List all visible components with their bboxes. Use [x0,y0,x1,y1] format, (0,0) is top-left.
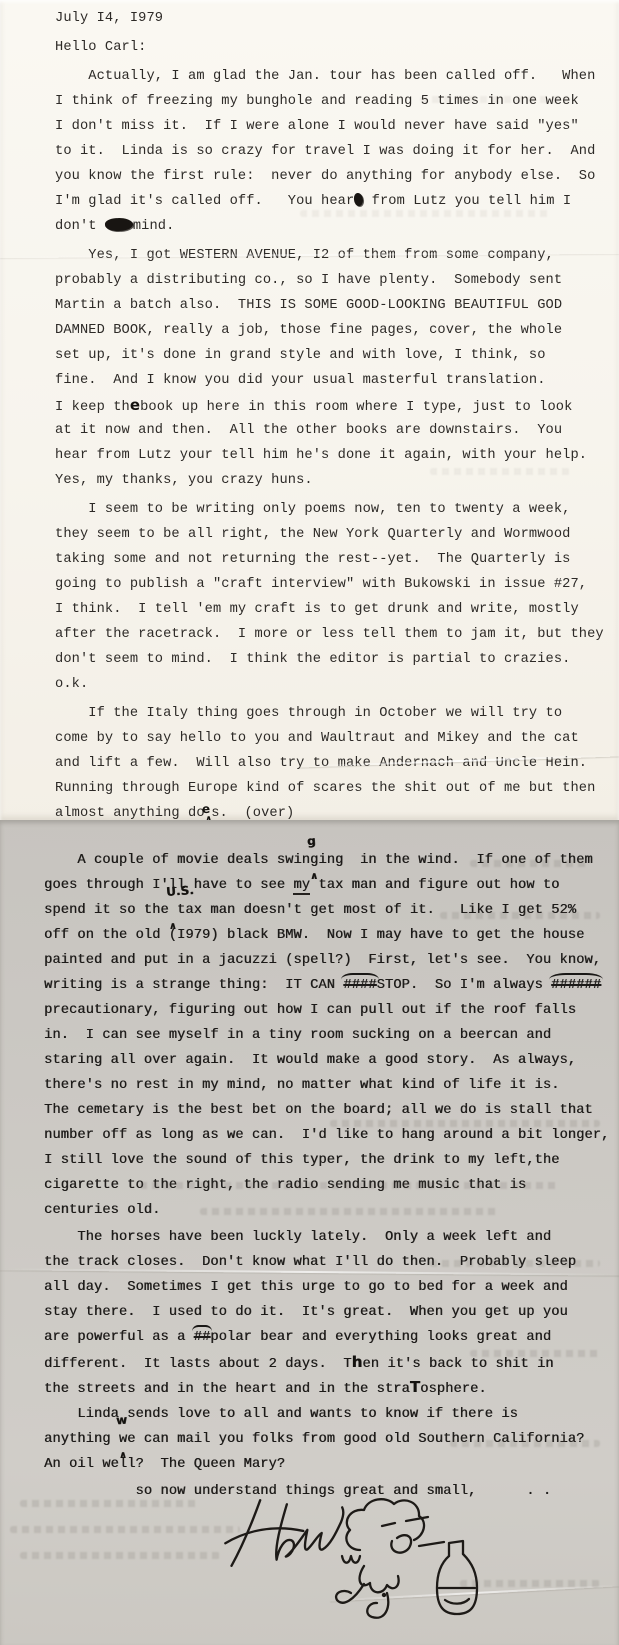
typed-line: painted and put in a jacuzzi (spell?) Fi… [44,948,619,973]
typed-line: writing is a strange thing: IT CAN ####S… [44,973,619,998]
typed-text: probably a distributing co., so I have p… [55,273,562,288]
typed-text: Actually, I am glad the Jan. tour has be… [55,69,595,84]
paragraph: If the Italy thing goes through in Octob… [55,701,619,820]
typed-line: stay there. I used to do it. It's great.… [44,1300,619,1325]
paragraph: Hello Carl: [55,35,619,60]
typed-text: they seem to be all right, the New York … [55,527,570,542]
typed-text: stay there. I used to do it. It's great.… [44,1305,568,1320]
typed-text: Yes, my thanks, you crazy huns. [55,473,313,488]
bleed-through-smudge [420,96,570,103]
typed-text: at it now and then. All the other books … [55,423,562,438]
typed-body-page-1: July I4, I979Hello Carl: Actually, I am … [0,0,619,820]
typed-text: centuries old. [44,1203,160,1218]
bleed-through-smudge [430,468,570,475]
typed-text: The cemetary is the best bet on the boar… [44,1103,593,1118]
typed-text: fine. And I know you did your usual mast… [55,373,546,388]
typed-line: in. I can see myself in a tiny room suck… [44,1023,619,1048]
typed-line: hear from Lutz your tell him he's done i… [55,443,619,468]
typed-text: hear from Lutz your tell him he's done i… [55,448,587,463]
bleed-through-smudge [10,1526,240,1533]
typed-line: set up, it's done in grand style and wit… [55,343,619,368]
typed-text: come by to say hello to you and Waultrau… [55,731,579,746]
typed-line: probably a distributing co., so I have p… [55,268,619,293]
typed-line: are powerful as a ##polar bear and every… [44,1325,619,1350]
bleed-through-smudge [470,860,590,867]
handwritten-insert: ww∧ [119,1427,127,1452]
typed-text: I think. I tell 'em my craft is to get d… [55,602,579,617]
bleed-through-smudge [440,912,600,919]
typed-text: after the racetrack. I more or less tell… [55,627,604,642]
typed-line: I keep thebook up here in this room wher… [55,393,619,418]
typed-line: the streets and in the heart and in the … [44,1375,619,1400]
typed-text: en it's back to shit in [362,1357,553,1372]
ink-scribble [105,217,134,231]
bleed-through-smudge [450,1440,600,1447]
typed-text: polar bear and everything looks great an… [210,1330,551,1345]
typed-line: to it. Linda is so crazy for travel I wa… [55,139,619,164]
typed-text: set up, it's done in grand style and wit… [55,348,546,363]
typed-text: painted and put in a jacuzzi (spell?) Fi… [44,953,601,968]
typed-line: don't seem to mind. I think the editor i… [55,647,619,672]
typed-line: If the Italy thing goes through in Octob… [55,701,619,726]
typed-text: number off as long as we can. I'd like t… [44,1128,609,1143]
typed-text: If the Italy thing goes through in Octob… [55,706,562,721]
typed-line: o.k. [55,672,619,697]
typed-text: book up here in this room where I type, … [140,400,572,415]
typed-text: I still love the sound of this typer, th… [44,1153,559,1168]
typed-text: The horses have been luckly lately. Only… [44,1230,551,1245]
typed-text: I keep th [55,400,130,415]
hand-underlined-text: my [293,878,310,893]
handwritten-correction: e [130,396,140,414]
typed-line: Martin a batch also. THIS IS SOME GOOD-L… [55,293,619,318]
typed-line: off on the old (I979) black BMW. Now I m… [44,923,619,948]
typed-text: DAMNED BOOK, really a job, those fine pa… [55,323,562,338]
typed-text: A couple of movie deals swin [44,853,310,868]
bleed-through-smudge [20,1552,220,1559]
bleed-through-smudge [300,210,550,217]
typed-text: from Lutz you tell him I [363,194,571,209]
handwritten-insert: U.S.∧ [169,898,177,923]
typed-line: July I4, I979 [55,6,619,31]
typed-text: are powerful as a [44,1330,194,1345]
typed-text: Hello Carl: [55,40,146,55]
typed-line: come by to say hello to you and Waultrau… [55,726,619,751]
typed-line: Linda sends love to all and wants to kno… [44,1402,619,1427]
typed-text: precautionary, figuring out how I can pu… [44,1003,576,1018]
typed-text: I'm glad it's called off. You hear [55,194,354,209]
paragraph: A couple of movie deals swingg∧ing in th… [44,848,619,1223]
typed-line: going to publish a "craft interview" wit… [55,572,619,597]
typed-line: all day. Sometimes I get this urge to go… [44,1275,619,1300]
typed-line: taking some and not returning the rest--… [55,547,619,572]
typed-line: you know the first rule: never do anythi… [55,164,619,189]
paragraph: July I4, I979 [55,6,619,31]
inserted-text: U.S. [165,883,194,899]
typed-text: I seem to be writing only poems now, ten… [55,502,570,517]
letter-scan: July I4, I979Hello Carl: Actually, I am … [0,0,619,1645]
caret-mark: ∧ [119,1450,127,1461]
bleed-through-smudge [20,1500,200,1507]
paragraph: I seem to be writing only poems now, ten… [55,497,619,697]
handwritten-correction: T [410,1378,420,1396]
typed-line: fine. And I know you did your usual mast… [55,368,619,393]
typed-line: The horses have been luckly lately. Only… [44,1225,619,1250]
typed-line: I seem to be writing only poems now, ten… [55,497,619,522]
typed-base [169,903,177,918]
typed-text: Running through Europe kind of scares th… [55,781,595,796]
letter-page-1: July I4, I979Hello Carl: Actually, I am … [0,0,619,820]
struck-out-text: #### [343,978,376,993]
typed-text: anything [44,1432,119,1447]
typed-text: different. It lasts about 2 days. T [44,1357,352,1372]
typed-line: DAMNED BOOK, really a job, those fine pa… [55,318,619,343]
typed-line: precautionary, figuring out how I can pu… [44,998,619,1023]
typed-text: there's no rest in my mind, no matter wh… [44,1078,559,1093]
typed-base: g [310,853,318,868]
typed-line: at it now and then. All the other books … [55,418,619,443]
typed-text: o.k. [55,677,88,692]
typed-text: tax man and figure out how to [310,878,559,893]
typed-text: taking some and not returning the rest--… [55,552,570,567]
paragraph: Yes, I got WESTERN AVENUE, I2 of them fr… [55,243,619,493]
typed-line: Actually, I am glad the Jan. tour has be… [55,64,619,89]
typed-text: spend it so the [44,903,169,918]
typed-text: going to publish a "craft interview" wit… [55,577,587,592]
typed-line: I don't miss it. If I were alone I would… [55,114,619,139]
handwritten-insert: gg∧ [310,848,318,873]
typed-line: An oil well? The Queen Mary? [44,1452,619,1477]
typed-text: July I4, I979 [55,11,163,26]
typed-text: mind. [133,219,175,234]
typed-text: almost anything do [55,806,205,820]
typed-line: I think. I tell 'em my craft is to get d… [55,597,619,622]
typed-text: off on the old (I979) black BMW. Now I m… [44,928,584,943]
typed-text: I don't miss it. If I were alone I would… [55,119,579,134]
typed-text: STOP. So I'm always [377,978,552,993]
typed-line: staring all over again. It would make a … [44,1048,619,1073]
typed-line: goes through I'll have to see my tax man… [44,873,619,898]
typed-base: w [119,1432,127,1447]
typed-line: spend it so the U.S.∧tax man doesn't get… [44,898,619,923]
caret-mark: ∧ [310,871,318,882]
typed-line: there's no rest in my mind, no matter wh… [44,1073,619,1098]
bleed-through-smudge [430,1260,600,1267]
typed-text: osphere. [420,1382,487,1397]
typed-text: s. (over) [211,806,294,820]
typed-line: I still love the sound of this typer, th… [44,1148,619,1173]
typed-line: Running through Europe kind of scares th… [55,776,619,801]
struck-out-text: ###### [551,978,601,993]
man-with-bottle-doodle-icon [300,1494,500,1644]
typed-text: don't seem to mind. I think the editor i… [55,652,570,667]
typed-body-page-2: A couple of movie deals swingg∧ing in th… [0,820,619,1504]
paragraph: The horses have been luckly lately. Only… [44,1225,619,1400]
bleed-through-smudge [470,1350,600,1357]
bleed-through-smudge [140,1182,560,1189]
struck-out-text: ## [194,1330,211,1345]
inserted-text: w [115,1413,127,1428]
typed-text: the streets and in the heart and in the … [44,1382,410,1397]
typed-line: after the racetrack. I more or less tell… [55,622,619,647]
typed-line: don't mind. [55,214,619,239]
typed-text: An oil well? The Queen Mary? [44,1457,285,1472]
bleed-through-smudge [330,1120,600,1127]
typed-text: you know the first rule: never do anythi… [55,169,595,184]
typed-text: all day. Sometimes I get this urge to go… [44,1280,568,1295]
typed-line: they seem to be all right, the New York … [55,522,619,547]
typed-text: don't [55,219,105,234]
bleed-through-smudge [200,1208,500,1215]
handwritten-correction: h [352,1353,363,1371]
typed-text: to it. Linda is so crazy for travel I wa… [55,144,595,159]
typed-text: staring all over again. It would make a … [44,1053,576,1068]
typed-text: in. I can see myself in a tiny room suck… [44,1028,551,1043]
typed-text: Martin a batch also. THIS IS SOME GOOD-L… [55,298,562,313]
typed-text: writing is a strange thing: IT CAN [44,978,343,993]
inserted-text: g [307,834,317,849]
typed-line: almost anything doe∧s. (over) [55,801,619,820]
typed-line: Hello Carl: [55,35,619,60]
caret-mark: ∧ [169,921,177,932]
